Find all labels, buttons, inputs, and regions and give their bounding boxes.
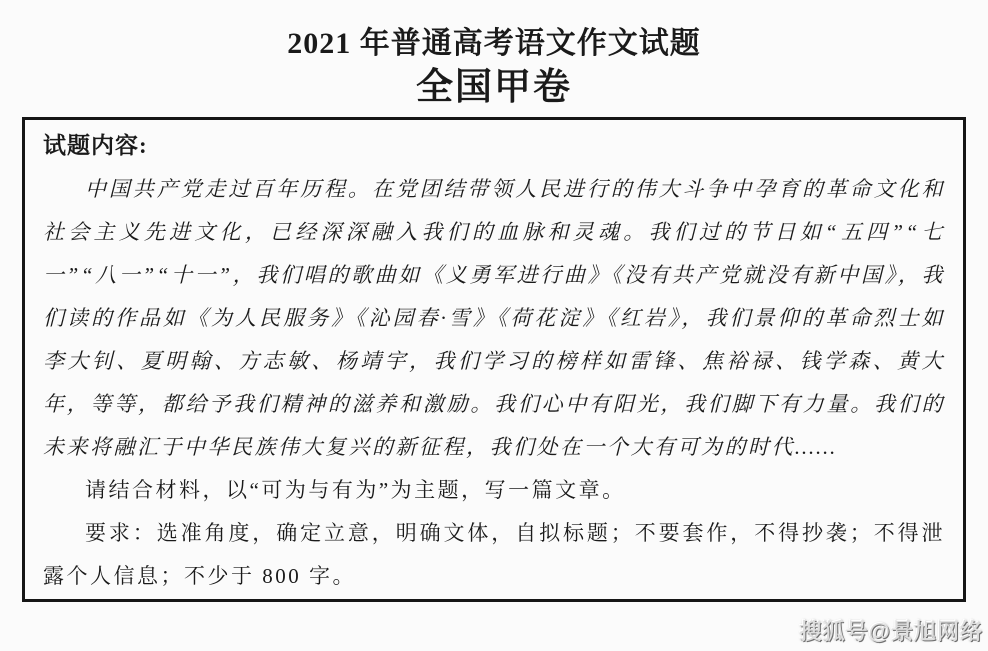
requirements-paragraph: 要求：选准角度，确定立意，明确文体，自拟标题；不要套作，不得抄袭；不得泄露个人信… [43,512,945,598]
document-header: 2021 年普通高考语文作文试题 全国甲卷 [0,0,988,112]
document-title: 2021 年普通高考语文作文试题 [0,0,988,64]
watermark: 搜狐号@景旭网络 [800,615,983,646]
document-subtitle: 全国甲卷 [0,64,988,112]
task-paragraph: 请结合材料，以“可为与有为”为主题，写一篇文章。 [43,469,945,512]
material-paragraph: 中国共产党走过百年历程。在党团结带领人民进行的伟大斗争中孕育的革命文化和社会主义… [43,168,945,469]
content-heading: 试题内容: [43,130,945,162]
question-content-box: 试题内容: 中国共产党走过百年历程。在党团结带领人民进行的伟大斗争中孕育的革命文… [22,117,966,602]
exam-document-page: 2021 年普通高考语文作文试题 全国甲卷 试题内容: 中国共产党走过百年历程。… [0,0,988,651]
